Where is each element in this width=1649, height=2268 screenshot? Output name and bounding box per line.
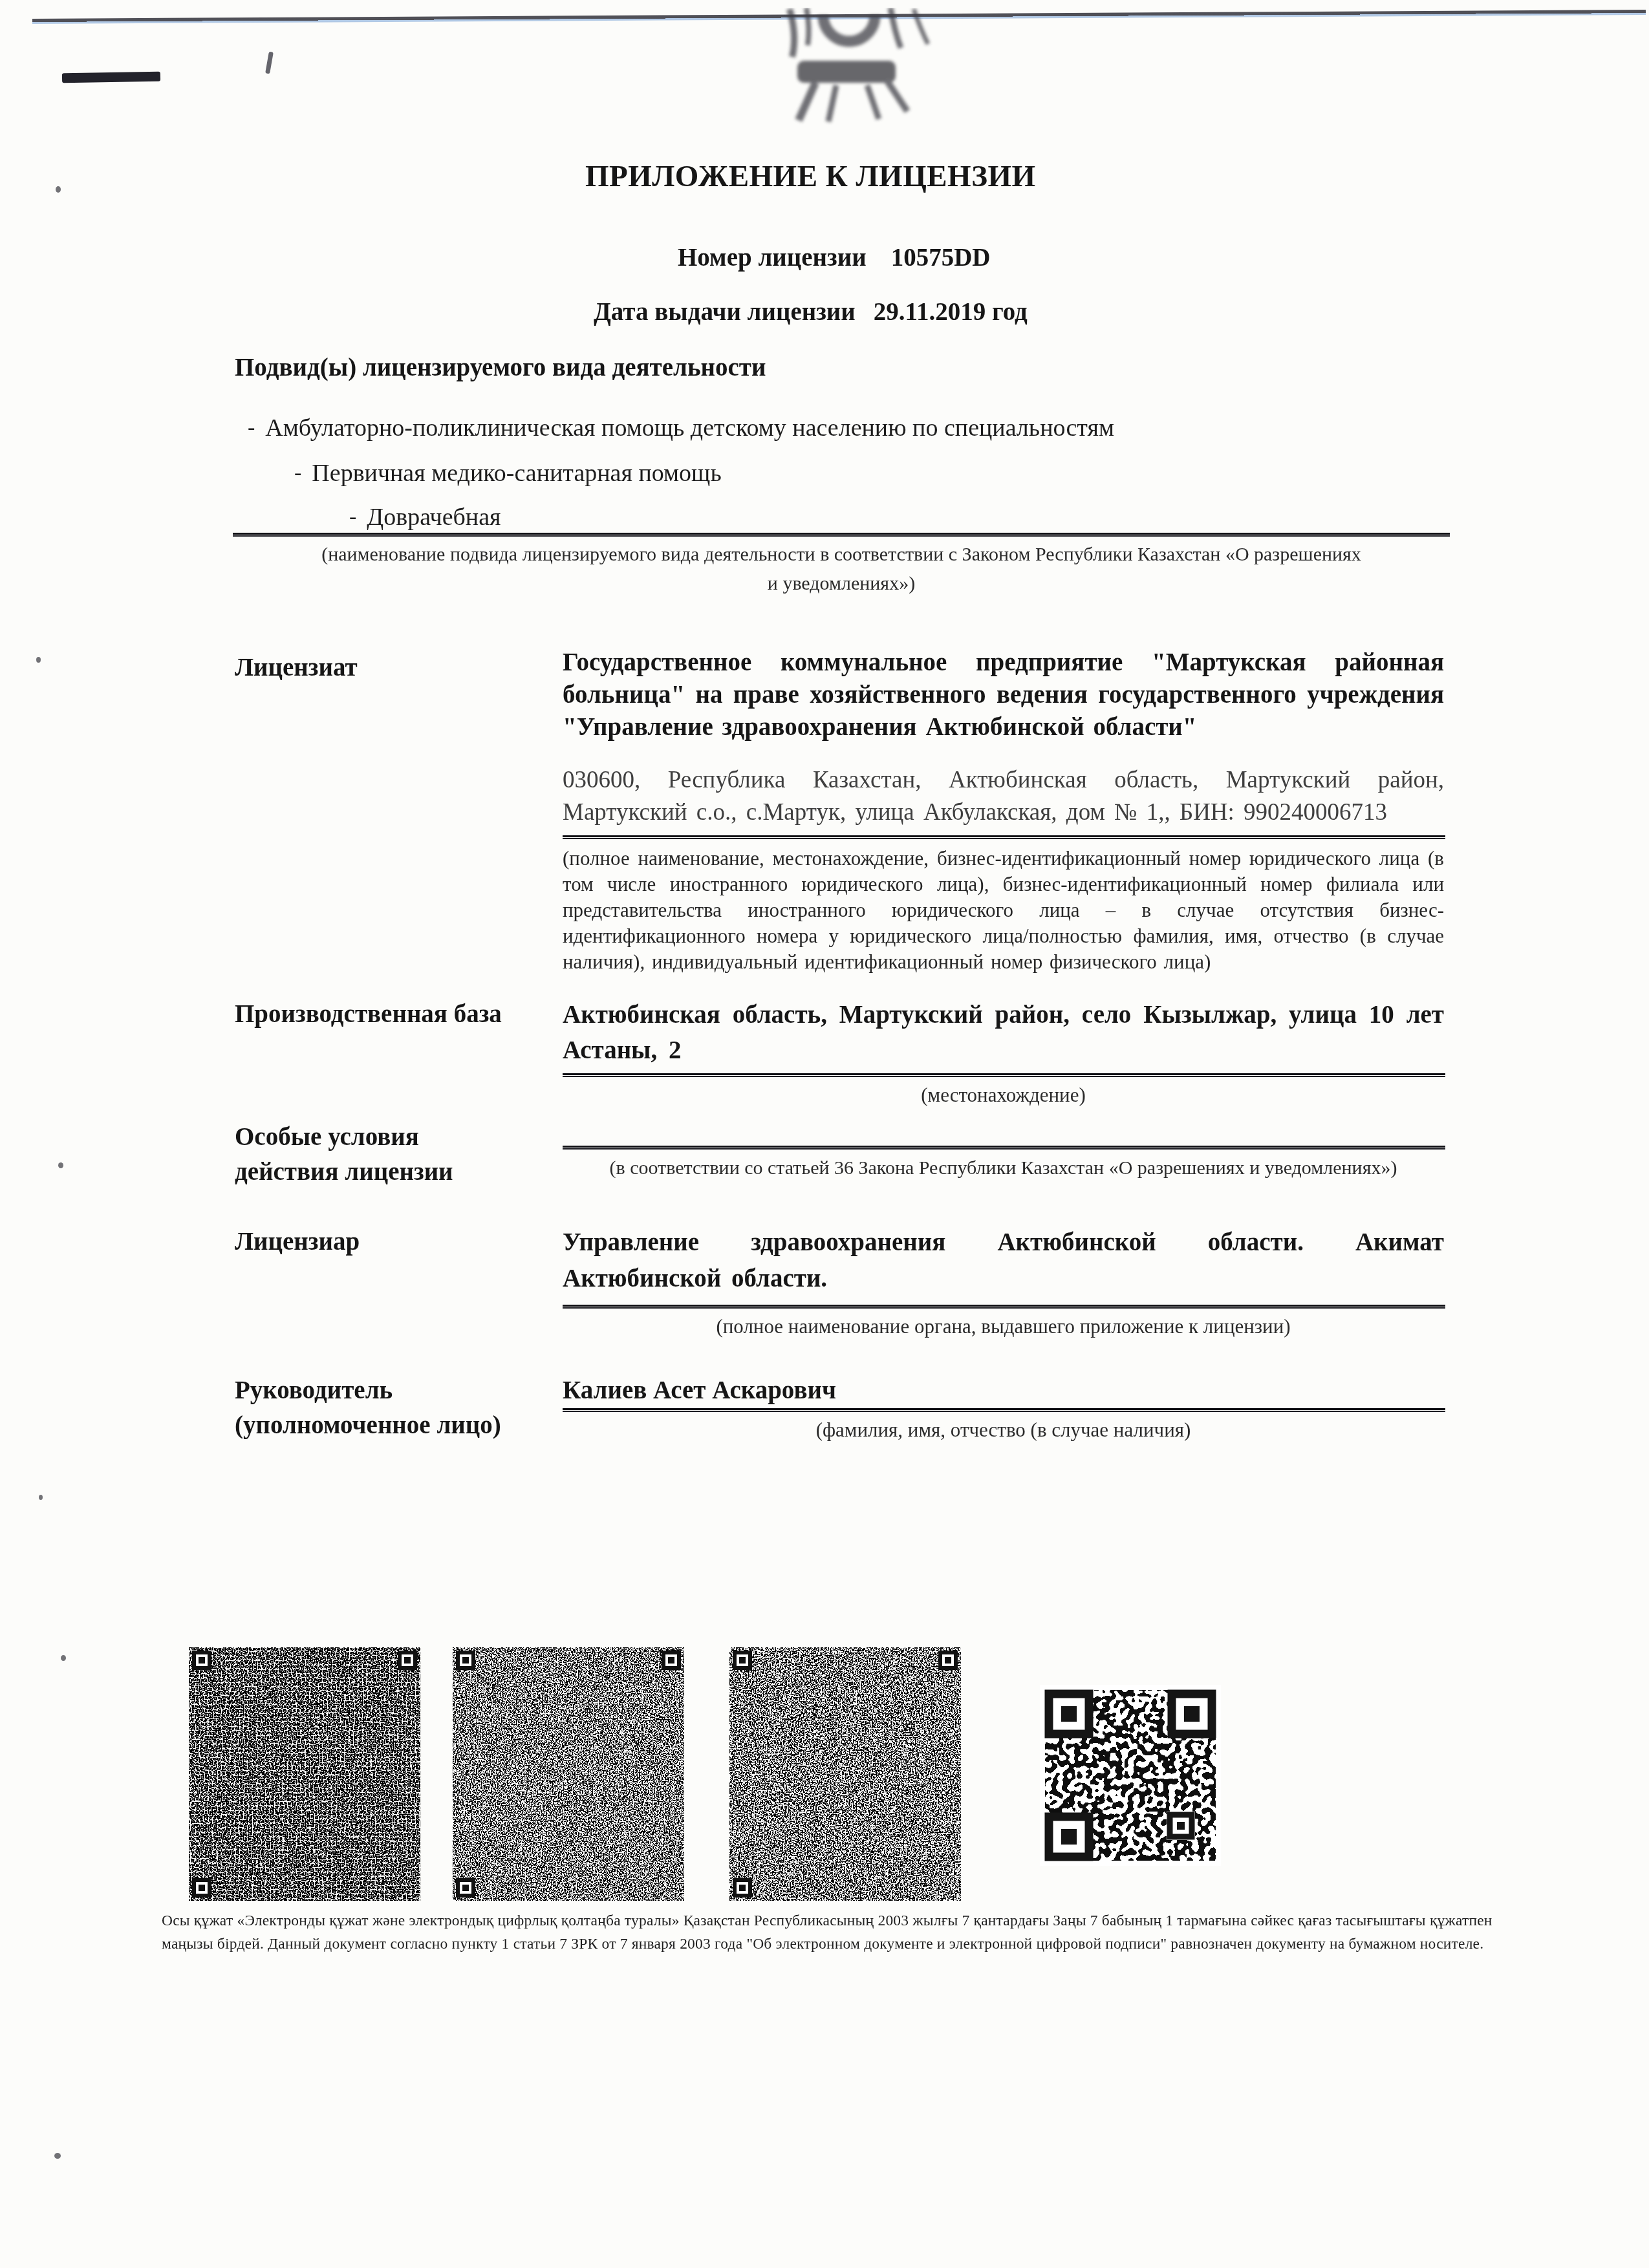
subtype-item-label: Первичная медико-санитарная помощь [312,460,721,487]
licensor-value: Управление здравоохранения Актюбинской о… [563,1225,1444,1297]
licensee-name: Государственное коммунальное предприятие… [563,647,1444,744]
scan-speck [39,1495,43,1500]
barcode-image [189,1647,420,1901]
production-base-value: Актюбинская область, Мартукский район, с… [563,997,1444,1068]
license-number-row: Номер лицензии10575DD [678,243,990,272]
subtypes-divider [233,533,1450,537]
scan-speck [61,1655,66,1661]
special-conditions-label-line2: действия лицензии [235,1157,453,1186]
scan-smudge-bar [62,72,160,83]
scan-speck [58,1162,63,1168]
qr-code-image [1040,1685,1221,1866]
subtype-item: -Первичная медико-санитарная помощь [294,459,722,487]
licensee-note: (полное наименование, местонахождение, б… [563,846,1444,975]
special-conditions-divider [563,1146,1445,1150]
scanned-license-page: ПРИЛОЖЕНИЕ К ЛИЦЕНЗИИ Номер лицензии1057… [0,0,1649,2268]
licensee-address: 030600, Республика Казахстан, Актюбинска… [563,764,1444,829]
scan-speck [56,186,61,193]
subtype-item: -Доврачебная [349,503,501,531]
subtypes-note-line2: и уведомлениях») [233,573,1450,595]
licensee-label: Лицензиат [235,653,358,682]
licensee-divider [563,835,1445,840]
special-conditions-label-line1: Особые условия [235,1122,419,1151]
head-label-line2: (уполномоченное лицо) [235,1411,501,1440]
special-conditions-note: (в соответствии со статьей 36 Закона Рес… [563,1157,1444,1179]
footer-legal-line2: маңызы бірдей. Данный документ согласно … [162,1936,1483,1953]
subtypes-note-line1: (наименование подвида лицензируемого вид… [233,544,1450,566]
licensor-label: Лицензиар [235,1227,360,1256]
subtypes-heading: Подвид(ы) лицензируемого вида деятельнос… [235,353,766,382]
barcode-image [729,1647,961,1901]
licensor-divider [563,1305,1445,1309]
head-divider [563,1408,1445,1413]
production-base-label: Производственная база [235,1000,502,1029]
subtype-item-label: Доврачебная [367,504,501,531]
issue-date-value: 29.11.2019 год [874,298,1028,326]
head-value: Калиев Асет Аскарович [563,1376,836,1405]
subtype-item-label: Амбулаторно-поликлиническая помощь детск… [265,414,1114,442]
barcode-image [453,1647,684,1901]
issue-date-label: Дата выдачи лицензии [594,298,856,326]
issue-date-row: Дата выдачи лицензии29.11.2019 год [594,297,1028,326]
scan-speck [54,2153,61,2159]
scan-speck [36,657,41,663]
production-base-note: (местонахождение) [563,1084,1444,1107]
production-base-divider [563,1073,1445,1078]
head-note: (фамилия, имя, отчество (в случае наличи… [563,1418,1444,1442]
coat-of-arms-stamp-icon [727,8,947,131]
bullet-dash: - [349,505,356,530]
license-number-value: 10575DD [891,244,991,272]
license-number-label: Номер лицензии [678,244,867,272]
licensor-note: (полное наименование органа, выдавшего п… [563,1315,1444,1338]
bullet-dash: - [248,416,255,440]
subtype-item: -Амбулаторно-поликлиническая помощь детс… [248,414,1114,442]
head-label-line1: Руководитель [235,1376,393,1405]
footer-legal-line1: Осы құжат «Электронды құжат және электро… [162,1912,1493,1930]
scan-speck [265,52,274,74]
bullet-dash: - [294,461,301,486]
page-title: ПРИЛОЖЕНИЕ К ЛИЦЕНЗИИ [585,159,1036,194]
